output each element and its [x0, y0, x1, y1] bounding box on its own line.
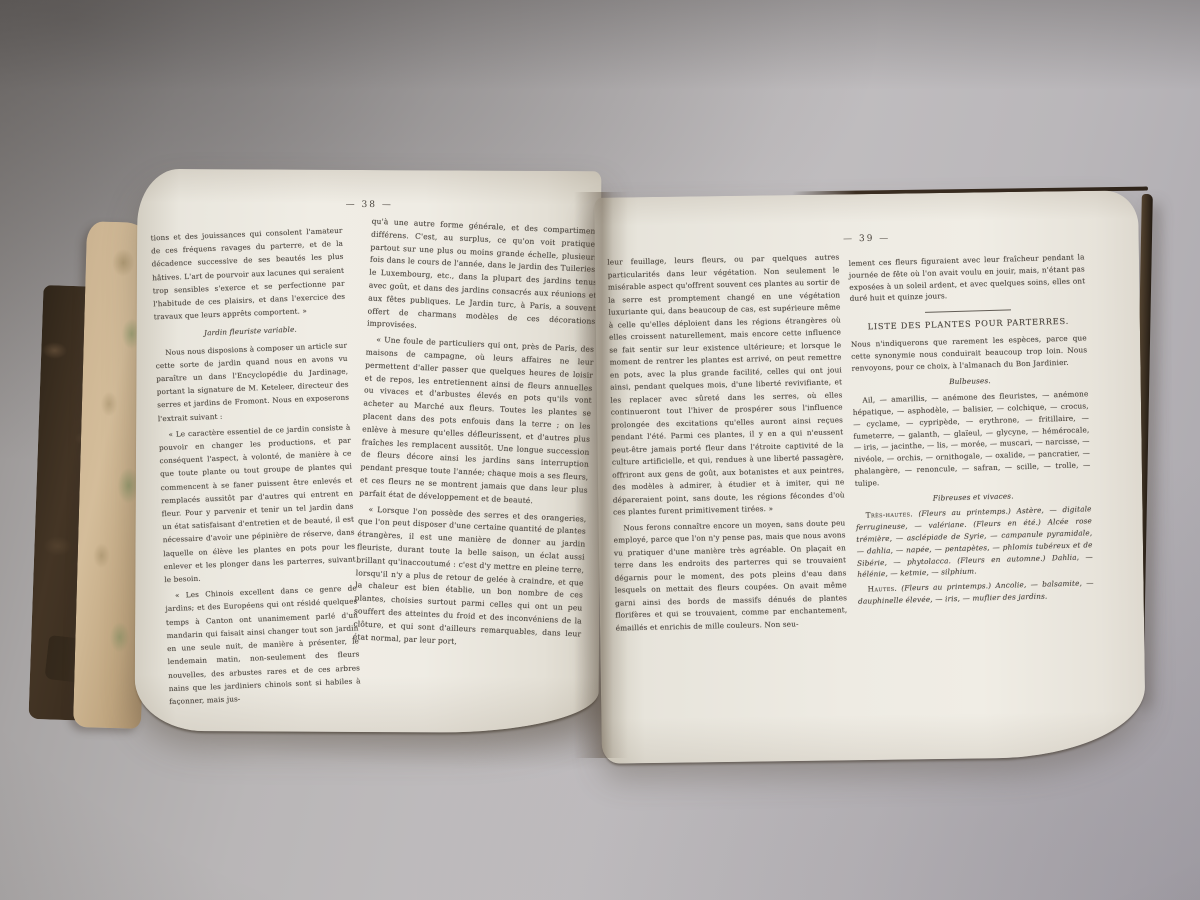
left-col1-paragraph-2: Nous nous disposions à composer un artic… — [155, 338, 350, 425]
left-col2-paragraph-1: qu'à une autre forme générale, et des co… — [367, 216, 600, 341]
left-col1-paragraph-3: « Le caractère essentiel de ce jardin co… — [158, 420, 356, 586]
section-title-liste-des-plantes: LISTE DES PLANTES POUR PARTERRES. — [850, 316, 1086, 334]
right-page-column-2: lement ces fleurs figuraient avec leur f… — [848, 251, 1094, 610]
subheading-fibreuses-et-vivaces: Fibreuses et vivaces. — [855, 488, 1091, 506]
left-col2-paragraph-3: « Lorsque l'on possède des serres et des… — [353, 503, 587, 654]
section-divider-rule — [925, 310, 1011, 313]
plant-category-label-hautes: Hautes. — [868, 584, 898, 594]
right-col2-paragraph-2: Nous n'indiquerons que rarement les espè… — [851, 332, 1088, 374]
photo-open-antique-book: — 38 — tions et des jouissances qui cons… — [0, 0, 1200, 900]
right-col1-paragraph-2: Nous ferons connaître encore un moyen, s… — [613, 517, 847, 635]
right-col2-plant-list-bulbeuses: Ail, — amarillis, — anémone des fleurist… — [852, 388, 1091, 489]
right-col2-paragraph-1: lement ces fleurs figuraient avec leur f… — [848, 251, 1085, 305]
left-col1-paragraph-4: « Les Chinois excellent dans ce genre de… — [165, 582, 362, 708]
left-page: — 38 — tions et des jouissances qui cons… — [135, 169, 602, 733]
right-page-number: — 39 — — [595, 230, 1139, 248]
right-page-column-1: leur feuillage, leurs fleurs, ou par que… — [607, 251, 848, 637]
left-col1-paragraph-1: tions et des jouissances qui consolent l… — [150, 224, 346, 324]
right-col2-plant-list-hautes: Hautes. (Fleurs au printemps.) Ancolie, … — [858, 577, 1095, 607]
left-page-column-2: qu'à une autre forme générale, et des co… — [352, 216, 599, 657]
plant-category-label-tres-hautes: Très-hautes. — [866, 510, 914, 520]
right-col1-paragraph-1: leur feuillage, leurs fleurs, ou par que… — [607, 251, 845, 519]
left-col2-paragraph-2: « Une foule de particuliers qui ont, prè… — [359, 334, 594, 511]
left-page-number: — 38 — — [137, 199, 601, 211]
right-page: — 39 — leur feuillage, leurs fleurs, ou … — [594, 190, 1146, 764]
subheading-bulbeuses: Bulbeuses. — [852, 373, 1088, 391]
left-page-column-1: tions et des jouissances qui consolent l… — [150, 224, 361, 711]
right-col2-plant-list-tres-hautes: Très-hautes. (Fleurs au printemps.) Astè… — [856, 504, 1094, 581]
